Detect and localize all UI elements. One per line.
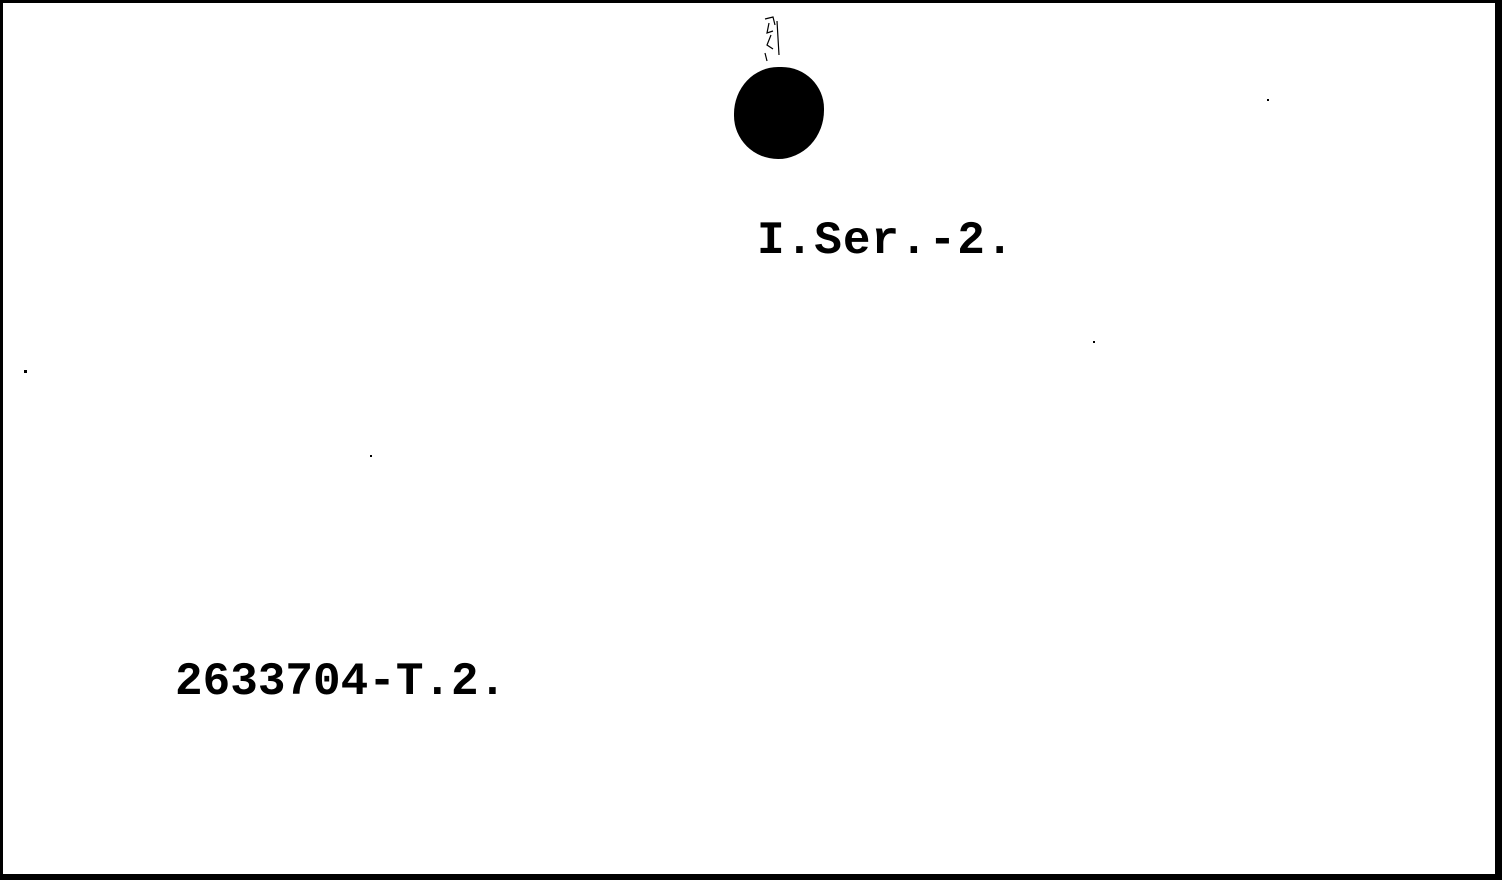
speck <box>370 455 372 457</box>
handwritten-mark-icon <box>759 15 783 67</box>
catalog-number: 2633704-T.2. <box>175 656 506 708</box>
speck <box>1093 341 1095 343</box>
punch-hole <box>734 67 824 159</box>
speck <box>24 370 27 373</box>
index-card: I.Ser.-2. 2633704-T.2. <box>3 3 1495 874</box>
series-label: I.Ser.-2. <box>757 215 1014 267</box>
speck <box>1267 99 1269 101</box>
